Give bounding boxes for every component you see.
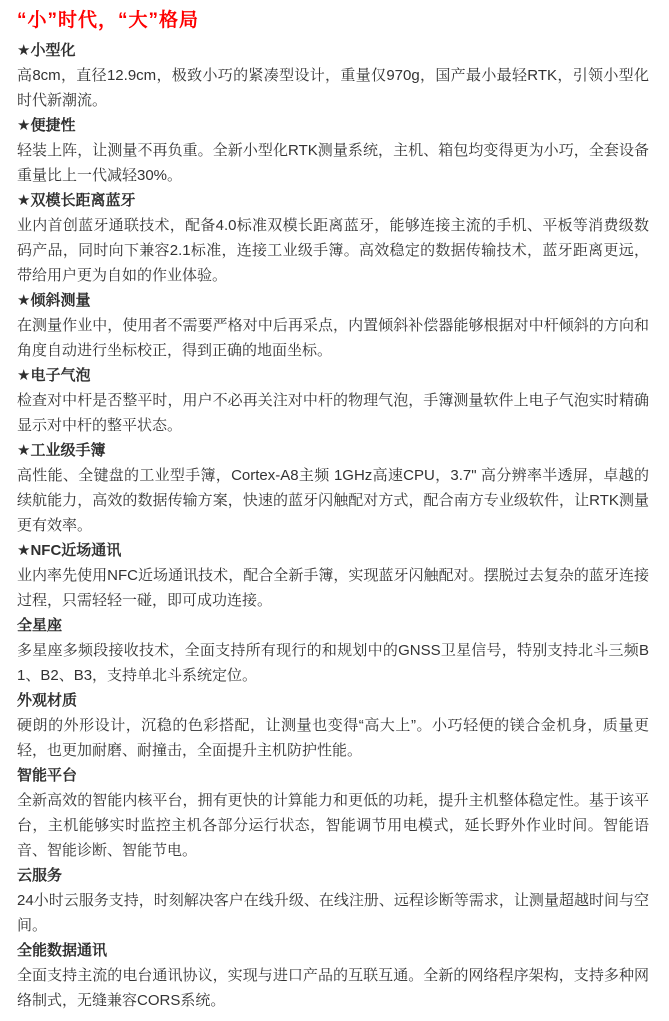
section-body: 全新高效的智能内核平台，拥有更快的计算能力和更低的功耗，提升主机整体稳定性。基于… — [17, 788, 649, 863]
section-body: 高性能、全键盘的工业型手簿，Cortex-A8主频 1GHz高速CPU，3.7"… — [17, 463, 649, 538]
section-heading: ★NFC近场通讯 — [17, 538, 649, 563]
page-title: “小”时代，“大”格局 — [17, 7, 649, 34]
section-heading: ★电子气泡 — [17, 363, 649, 388]
section-heading: ★便捷性 — [17, 113, 649, 138]
section-heading: 全星座 — [17, 613, 649, 638]
feature-section: 云服务 24小时云服务支持，时刻解决客户在线升级、在线注册、远程诊断等需求，让测… — [17, 863, 649, 938]
section-body: 全面支持主流的电台通讯协议，实现与进口产品的互联互通。全新的网络程序架构，支持多… — [17, 963, 649, 1013]
section-heading: 智能平台 — [17, 763, 649, 788]
section-heading: ★倾斜测量 — [17, 288, 649, 313]
section-body: 24小时云服务支持，时刻解决客户在线升级、在线注册、远程诊断等需求，让测量超越时… — [17, 888, 649, 938]
feature-section: ★小型化 高8cm，直径12.9cm，极致小巧的紧凑型设计，重量仅970g，国产… — [17, 38, 649, 113]
section-heading: ★工业级手簿 — [17, 438, 649, 463]
feature-section: ★便捷性 轻装上阵，让测量不再负重。全新小型化RTK测量系统，主机、箱包均变得更… — [17, 113, 649, 188]
section-body: 轻装上阵，让测量不再负重。全新小型化RTK测量系统，主机、箱包均变得更为小巧，全… — [17, 138, 649, 188]
section-heading: 外观材质 — [17, 688, 649, 713]
sections: ★小型化 高8cm，直径12.9cm，极致小巧的紧凑型设计，重量仅970g，国产… — [17, 38, 649, 1013]
feature-section: 外观材质 硬朗的外形设计，沉稳的色彩搭配，让测量也变得“高大上”。小巧轻便的镁合… — [17, 688, 649, 763]
section-heading: 云服务 — [17, 863, 649, 888]
section-body: 业内首创蓝牙通联技术，配备4.0标准双模长距离蓝牙，能够连接主流的手机、平板等消… — [17, 213, 649, 288]
section-body: 业内率先使用NFC近场通讯技术，配合全新手簿，实现蓝牙闪触配对。摆脱过去复杂的蓝… — [17, 563, 649, 613]
feature-section: 全能数据通讯 全面支持主流的电台通讯协议，实现与进口产品的互联互通。全新的网络程… — [17, 938, 649, 1013]
feature-section: 全星座 多星座多频段接收技术，全面支持所有现行的和规划中的GNSS卫星信号，特别… — [17, 613, 649, 688]
section-heading: 全能数据通讯 — [17, 938, 649, 963]
feature-section: ★电子气泡 检查对中杆是否整平时，用户不必再关注对中杆的物理气泡，手簿测量软件上… — [17, 363, 649, 438]
feature-section: ★倾斜测量 在测量作业中，使用者不需要严格对中后再采点，内置倾斜补偿器能够根据对… — [17, 288, 649, 363]
feature-section: ★NFC近场通讯 业内率先使用NFC近场通讯技术，配合全新手簿，实现蓝牙闪触配对… — [17, 538, 649, 613]
feature-section: ★工业级手簿 高性能、全键盘的工业型手簿，Cortex-A8主频 1GHz高速C… — [17, 438, 649, 538]
section-body: 在测量作业中，使用者不需要严格对中后再采点，内置倾斜补偿器能够根据对中杆倾斜的方… — [17, 313, 649, 363]
section-heading: ★小型化 — [17, 38, 649, 63]
section-body: 多星座多频段接收技术，全面支持所有现行的和规划中的GNSS卫星信号，特别支持北斗… — [17, 638, 649, 688]
feature-section: 智能平台 全新高效的智能内核平台，拥有更快的计算能力和更低的功耗，提升主机整体稳… — [17, 763, 649, 863]
section-body: 硬朗的外形设计，沉稳的色彩搭配，让测量也变得“高大上”。小巧轻便的镁合金机身，质… — [17, 713, 649, 763]
section-body: 检查对中杆是否整平时，用户不必再关注对中杆的物理气泡，手簿测量软件上电子气泡实时… — [17, 388, 649, 438]
feature-section: ★双模长距离蓝牙 业内首创蓝牙通联技术，配备4.0标准双模长距离蓝牙，能够连接主… — [17, 188, 649, 288]
section-body: 高8cm，直径12.9cm，极致小巧的紧凑型设计，重量仅970g，国产最小最轻R… — [17, 63, 649, 113]
product-feature-document: “小”时代，“大”格局 ★小型化 高8cm，直径12.9cm，极致小巧的紧凑型设… — [0, 0, 669, 1021]
section-heading: ★双模长距离蓝牙 — [17, 188, 649, 213]
